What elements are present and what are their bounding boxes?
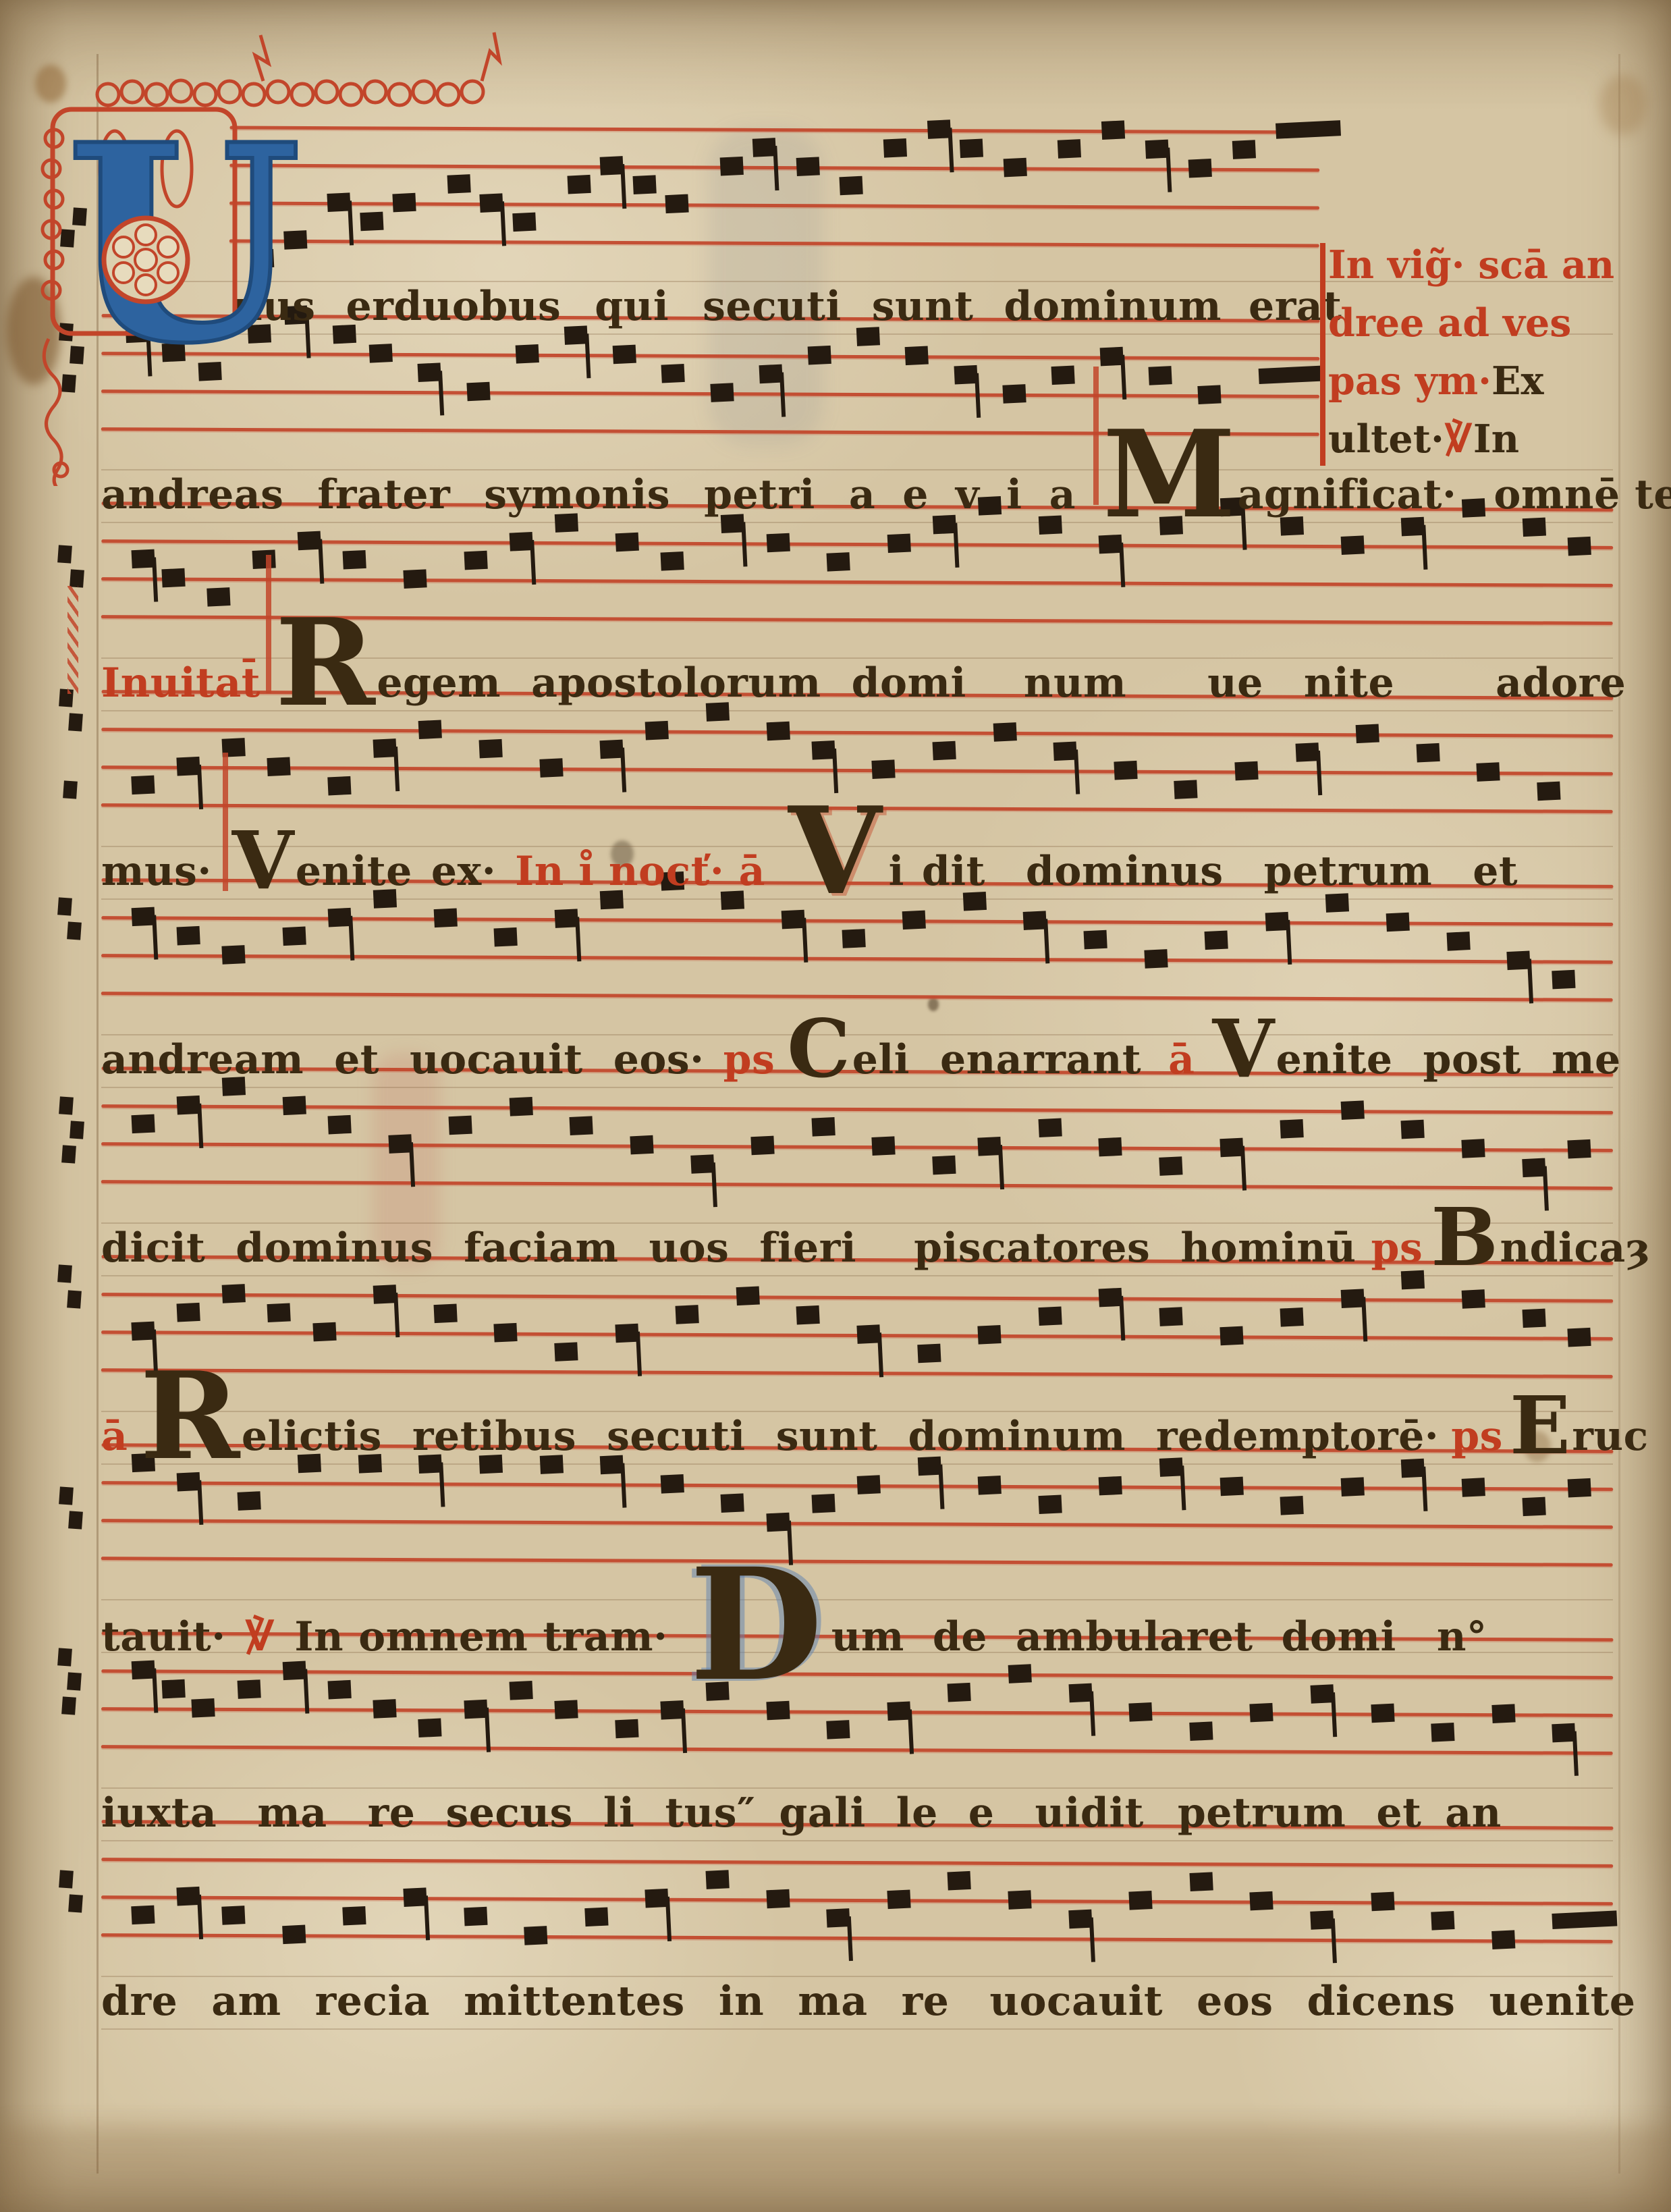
neume: [539, 758, 563, 778]
music-staff-8: [101, 1443, 1614, 1607]
chant-text: andream: [101, 1031, 304, 1088]
staff-line: [101, 765, 1613, 776]
margin-mark: [61, 1696, 76, 1715]
neume: [1567, 1139, 1591, 1159]
chant-text: ma: [798, 1973, 867, 2030]
neume: [176, 757, 200, 776]
chant-text: uocauit: [410, 1031, 583, 1088]
neume: [282, 1925, 306, 1945]
chant-text: enite: [296, 843, 412, 900]
chant-text: enarrant: [940, 1031, 1141, 1088]
rubric-text: In vig̃· scā an: [1328, 238, 1614, 293]
neume: [1051, 365, 1074, 385]
chant-text: an: [1445, 1785, 1502, 1841]
rubric-row: In vig̃· scā an: [1328, 238, 1669, 296]
neume: [1371, 1704, 1394, 1723]
margin-mark: [61, 1145, 76, 1163]
neume: [1431, 1723, 1454, 1742]
neume: [327, 776, 351, 796]
neume: [887, 1701, 910, 1721]
neume: [1099, 1476, 1122, 1496]
chant-text: redemptorē·: [1156, 1408, 1439, 1465]
margin-mark: [57, 1264, 72, 1283]
neume: [1099, 1288, 1122, 1307]
neume: [954, 365, 977, 385]
chant-text: ruc: [1572, 1408, 1648, 1465]
neume: [1129, 1702, 1153, 1722]
rubric-text: ultet·: [1328, 412, 1444, 467]
chant-text: ℣: [245, 1609, 276, 1665]
chant-text-line-5: andreametuocauiteos·psCelienarrantāVenit…: [101, 1031, 1621, 1088]
rubric-row: pas ym· Ex: [1328, 354, 1669, 412]
margin-mark: [59, 1096, 74, 1114]
chant-text: iuxta: [101, 1785, 217, 1841]
margin-mark: [67, 921, 82, 940]
margin-mark: [68, 713, 83, 731]
neume: [177, 1096, 200, 1115]
margin-mark: [57, 1648, 72, 1666]
neume: [632, 175, 656, 194]
neume: [509, 1681, 532, 1700]
neume: [1114, 761, 1137, 780]
chant-text: elictis: [242, 1408, 382, 1465]
chant-text: secuti: [607, 1408, 746, 1465]
neume: [554, 1700, 578, 1719]
neume: [1099, 1137, 1122, 1157]
chant-text: me: [1552, 1031, 1621, 1088]
neume: [1002, 384, 1026, 404]
chant-text-line-9: iuxtamaresecuslitus″galileeuiditpetrumet…: [101, 1785, 1502, 1841]
margin-mark: [63, 780, 78, 799]
illuminated-initial-u: U: [34, 27, 520, 486]
neume: [418, 1718, 442, 1737]
chant-text: dominum: [908, 1408, 1125, 1465]
neume: [1149, 366, 1172, 385]
staff-line: [101, 1557, 1613, 1567]
chant-text: dit: [922, 843, 985, 900]
neume: [721, 1493, 744, 1513]
neume: [1522, 1158, 1545, 1178]
neume: [343, 1906, 366, 1926]
chant-text: li: [603, 1785, 635, 1841]
chant-text: dominus: [236, 1220, 433, 1276]
neume: [1280, 1496, 1304, 1515]
chant-text: domi: [1282, 1609, 1396, 1665]
neume: [842, 929, 865, 948]
neume: [736, 1286, 759, 1305]
neume: [1522, 1309, 1545, 1328]
chant-text: re: [902, 1973, 950, 2030]
neume: [933, 741, 956, 761]
neume: [1053, 742, 1077, 761]
neume: [827, 552, 850, 572]
music-staff-10: [101, 1820, 1614, 1983]
margin-mark: [68, 1511, 83, 1529]
chant-text: retibus: [412, 1408, 576, 1465]
chant-text: ps: [723, 1031, 775, 1088]
neume: [1145, 140, 1168, 159]
chant-text-line-8: tauit·℣Inomnemtram·Dumdeambularetdomin°: [101, 1596, 1487, 1665]
neume: [222, 945, 246, 965]
neume: [1311, 1684, 1334, 1704]
chant-text: ā: [1168, 1031, 1195, 1088]
neume: [554, 1342, 578, 1361]
neume: [403, 1887, 427, 1907]
staff-line: [101, 539, 1613, 549]
chant-text: e: [968, 1785, 995, 1841]
chant-text: ue: [1207, 655, 1263, 711]
chant-text: omnē ter: [1494, 466, 1671, 523]
neume: [282, 927, 306, 946]
margin-mark: [70, 1121, 84, 1139]
neume: [710, 383, 734, 402]
neume: [766, 722, 790, 741]
neume: [298, 531, 321, 551]
neume: [856, 1324, 880, 1344]
chant-text: piscatores: [914, 1220, 1150, 1276]
chant-text: secuti: [703, 278, 842, 335]
neume: [222, 1284, 246, 1303]
neume: [479, 739, 503, 759]
chant-text: i: [889, 843, 904, 900]
neume: [328, 908, 352, 927]
neume: [131, 1114, 155, 1134]
chant-text-line-10: dreamreciamittentesinmareuocauiteosdicen…: [101, 1973, 1636, 2030]
chant-text: petrum: [1178, 1785, 1346, 1841]
chant-text: dicit: [101, 1220, 205, 1276]
stain: [1599, 74, 1647, 135]
neume: [887, 1889, 910, 1909]
neume: [1188, 159, 1212, 178]
neume: [1552, 1723, 1576, 1743]
chant-text: um: [831, 1609, 904, 1665]
neume: [433, 909, 457, 928]
chant-text: omnem: [358, 1609, 528, 1665]
neume: [902, 911, 926, 930]
neume: [615, 1719, 638, 1739]
chant-text: gali: [779, 1785, 865, 1841]
chant-text: ma: [257, 1785, 327, 1841]
neume: [1386, 913, 1410, 932]
neume: [1295, 743, 1319, 762]
neume: [570, 1116, 593, 1135]
chant-text: sunt: [776, 1408, 878, 1465]
neume: [1197, 385, 1221, 404]
neume: [131, 776, 155, 795]
neume: [464, 551, 487, 570]
neume: [1431, 1911, 1454, 1931]
neume: [1100, 347, 1124, 367]
manuscript-page: U In vig̃· scā andree ad vespas ym· Exul…: [0, 0, 1671, 2212]
music-staff-7: [101, 1255, 1614, 1418]
chant-text: ā: [101, 1408, 128, 1465]
neume: [1101, 120, 1125, 140]
neume: [690, 1154, 714, 1174]
neume: [905, 346, 929, 366]
chant-text-line-4: mus·Veniteex·In i̊ nocť· āViditdominuspe…: [101, 843, 1518, 900]
neume: [1258, 365, 1323, 384]
neume: [403, 569, 427, 589]
neume: [1416, 743, 1440, 763]
neume: [932, 1156, 956, 1175]
rubric-text: In: [1473, 412, 1519, 467]
chant-text: secus: [445, 1785, 572, 1841]
neume: [1462, 1478, 1485, 1497]
neume: [811, 740, 835, 760]
margin-mark: [57, 545, 72, 563]
neume: [1250, 1891, 1273, 1911]
staff-line: [101, 1368, 1613, 1378]
chant-text: in: [719, 1973, 764, 2030]
neume: [252, 549, 276, 569]
neume: [1038, 1118, 1062, 1137]
chant-text: hominū: [1180, 1220, 1356, 1276]
chant-text: mus·: [101, 843, 212, 900]
chant-text: mittentes: [464, 1973, 685, 2030]
neume: [808, 346, 831, 365]
neume: [1159, 1307, 1183, 1326]
staff-line: [101, 1142, 1613, 1152]
neume: [1205, 931, 1228, 950]
neume: [131, 549, 155, 569]
margin-mark: [57, 897, 72, 915]
neume: [665, 194, 688, 214]
neume: [857, 1475, 881, 1494]
neume: [600, 156, 624, 176]
neume: [1567, 1328, 1591, 1347]
chant-text: et: [1376, 1785, 1421, 1841]
neume: [221, 1906, 245, 1925]
neume: [615, 533, 638, 552]
neume: [449, 1116, 472, 1135]
chant-text: tram·: [543, 1609, 667, 1665]
chant-text: ps: [1371, 1220, 1423, 1276]
rubric-text: dree ad ves: [1328, 296, 1571, 351]
chant-text: domi: [852, 655, 966, 711]
neume: [1491, 1930, 1515, 1949]
neume: [660, 551, 684, 571]
neume: [1356, 724, 1379, 744]
neume: [840, 176, 863, 196]
chant-text: de: [933, 1609, 987, 1665]
chant-text: eos·: [613, 1031, 705, 1088]
neume: [796, 1305, 820, 1325]
margin-mark: [59, 1870, 74, 1888]
staff-line: [101, 1933, 1613, 1943]
chant-text: qui: [595, 278, 669, 335]
penwork-flourish: [67, 586, 78, 694]
neume: [811, 1117, 835, 1137]
neume: [1159, 1156, 1182, 1176]
neume: [388, 1134, 412, 1154]
margin-mark: [68, 1894, 83, 1912]
neume: [1537, 782, 1560, 801]
neume: [267, 757, 291, 776]
music-staff-6: [101, 1067, 1614, 1230]
neume: [978, 1325, 1002, 1345]
chant-text: dominum: [1004, 278, 1222, 335]
staff-line: [101, 577, 1613, 587]
rubric-text: ℣: [1444, 412, 1473, 467]
rubric-block: In vig̃· scā andree ad vespas ym· Exulte…: [1328, 238, 1669, 470]
neume: [759, 365, 782, 384]
neume: [282, 1096, 306, 1116]
neume: [1232, 140, 1256, 159]
chant-text-line-6: dicitdominusfaciamuosfieripiscatoreshomi…: [101, 1220, 1651, 1276]
neume: [796, 157, 819, 176]
neume: [1462, 1289, 1485, 1309]
neume: [161, 1679, 185, 1699]
penwork-rosette: [104, 218, 188, 302]
neume: [1189, 1721, 1213, 1741]
neume: [373, 1699, 397, 1719]
neume: [1174, 780, 1198, 799]
neume: [267, 1303, 291, 1322]
neume: [1038, 1306, 1062, 1326]
chant-text: n°: [1437, 1609, 1487, 1665]
neume: [312, 1322, 336, 1342]
neume: [1023, 911, 1047, 930]
neume: [1507, 950, 1531, 970]
neume: [752, 138, 776, 157]
chant-text: a: [1049, 466, 1076, 523]
neume: [766, 533, 790, 553]
neume: [887, 533, 910, 553]
neume: [177, 1303, 200, 1322]
neume: [613, 345, 636, 365]
neume: [433, 1304, 457, 1324]
chant-text: In: [294, 1609, 344, 1665]
chant-text: ps: [1451, 1408, 1503, 1465]
staff-line: [101, 1293, 1613, 1303]
chant-text: am: [211, 1973, 281, 2030]
neume: [1552, 1910, 1618, 1929]
neume: [1371, 1892, 1394, 1912]
chant-text: e: [902, 466, 929, 523]
neume: [1310, 1910, 1334, 1930]
neume: [1461, 1139, 1485, 1158]
neume: [766, 1889, 790, 1909]
staff-line: [101, 1745, 1613, 1755]
chant-text: petri: [704, 466, 815, 523]
neume: [1234, 761, 1258, 781]
chant-text: dominus: [1026, 843, 1224, 900]
margin-mark: [59, 1486, 74, 1505]
neume: [1340, 535, 1364, 555]
rubric-text: pas ym·: [1328, 354, 1491, 409]
neume: [1477, 762, 1500, 782]
neume: [1129, 1891, 1153, 1910]
neume: [1084, 930, 1107, 950]
neume: [584, 1908, 608, 1927]
chant-text: tus″: [665, 1785, 755, 1841]
neume: [883, 138, 907, 158]
neume: [1567, 1478, 1591, 1498]
chant-text: dre: [101, 1973, 177, 2030]
neume: [1491, 1704, 1515, 1723]
neume: [1038, 1494, 1062, 1514]
chant-text: et: [1473, 843, 1518, 900]
stain: [0, 2126, 1671, 2212]
chant-text: recia: [315, 1973, 431, 2030]
neume: [927, 119, 950, 139]
neume: [1008, 1664, 1032, 1683]
neume: [917, 1344, 941, 1364]
neume: [192, 1698, 215, 1718]
neume: [661, 364, 685, 383]
neume: [1340, 1100, 1364, 1120]
chant-text: a: [849, 466, 875, 523]
neume: [1280, 1307, 1304, 1327]
neume: [826, 1720, 850, 1739]
chant-text: uenite: [1489, 1973, 1635, 2030]
neume: [872, 759, 896, 779]
neume: [494, 927, 518, 947]
neume: [1008, 1890, 1031, 1910]
neume: [328, 1680, 352, 1700]
neume: [1058, 139, 1081, 159]
staff-line: [101, 1858, 1613, 1868]
chant-text: dicens: [1307, 1973, 1456, 2030]
neume: [993, 722, 1016, 742]
neume: [600, 740, 624, 759]
chant-text: le: [896, 1785, 938, 1841]
neume: [328, 1115, 352, 1135]
margin-mark: [70, 569, 84, 587]
neume: [237, 1491, 261, 1511]
neume: [1220, 1477, 1243, 1496]
neume: [237, 1679, 261, 1699]
chant-text: uocauit: [989, 1973, 1163, 2030]
neume: [494, 1323, 518, 1343]
chant-text: egem: [377, 655, 501, 711]
neume: [1340, 1477, 1364, 1496]
neume: [751, 1136, 775, 1156]
neume: [719, 157, 743, 176]
chant-text: num: [1024, 655, 1126, 711]
neume: [343, 550, 366, 570]
chant-text: Inuitat̄: [101, 655, 261, 711]
chant-text: ambularet: [1016, 1609, 1253, 1665]
neume: [373, 738, 397, 758]
chant-text: ndicaȝ: [1500, 1220, 1650, 1276]
chant-text: eos: [1197, 1973, 1273, 2030]
neume: [1340, 1289, 1364, 1308]
chant-text: tauit·: [101, 1609, 226, 1665]
neume: [1280, 1119, 1304, 1139]
chant-text: petrum: [1264, 843, 1433, 900]
neume: [676, 1305, 699, 1324]
neume: [978, 1137, 1002, 1156]
neume: [509, 1097, 532, 1116]
chant-text: apostolorum: [531, 655, 821, 711]
neume: [660, 1474, 684, 1494]
neume: [509, 532, 532, 551]
chant-text-line-3: Inuitat̄Regemapostolorumdominumueniteado…: [101, 655, 1626, 711]
neume: [978, 1476, 1002, 1495]
chant-text: adore: [1496, 655, 1626, 711]
neume: [645, 1889, 669, 1908]
rubric-text: Ex: [1491, 354, 1543, 409]
chant-text: re: [368, 1785, 416, 1841]
chant-text: ex·: [431, 843, 496, 900]
staff-line: [101, 1104, 1613, 1114]
neume: [1144, 949, 1168, 969]
neume: [524, 1926, 547, 1945]
neume: [373, 1285, 397, 1304]
neume: [1567, 537, 1591, 556]
neume: [1552, 970, 1576, 990]
